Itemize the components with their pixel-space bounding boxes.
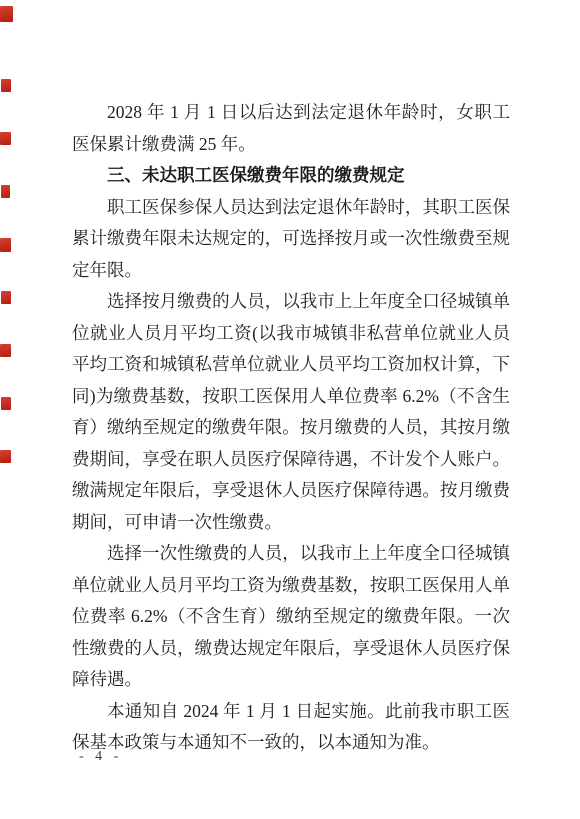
red-stamp-fragment bbox=[1, 185, 10, 198]
red-stamp-fragment bbox=[0, 238, 11, 252]
paragraph-monthly-payment: 选择按月缴费的人员，以我市上上年度全口径城镇单位就业人员月平均工资(以我市城镇非… bbox=[72, 286, 510, 538]
red-stamp-fragment bbox=[1, 397, 11, 410]
paragraph-lump-sum-payment: 选择一次性缴费的人员，以我市上上年度全口径城镇单位就业人员月平均工资为缴费基数，… bbox=[72, 538, 510, 696]
red-stamp-fragment bbox=[1, 79, 11, 92]
red-stamp-fragment bbox=[1, 291, 11, 304]
red-stamp-fragment bbox=[0, 450, 11, 463]
document-page: 2028 年 1 月 1 日以后达到法定退休年龄时，女职工医保累计缴费满 25 … bbox=[0, 0, 580, 819]
section-heading: 三、未达职工医保缴费年限的缴费规定 bbox=[72, 160, 510, 192]
page-number: - 4 - bbox=[79, 749, 122, 765]
paragraph-female-retirement-rule: 2028 年 1 月 1 日以后达到法定退休年龄时，女职工医保累计缴费满 25 … bbox=[72, 97, 510, 160]
red-stamp-fragment bbox=[0, 132, 11, 145]
paragraph-effective-date: 本通知自 2024 年 1 月 1 日起实施。此前我市职工医保基本政策与本通知不… bbox=[72, 696, 510, 759]
red-stamp-fragment bbox=[0, 6, 13, 22]
red-stamp-fragment bbox=[0, 344, 11, 357]
document-body: 2028 年 1 月 1 日以后达到法定退休年龄时，女职工医保累计缴费满 25 … bbox=[72, 97, 510, 759]
paragraph-contribution-rule: 职工医保参保人员达到法定退休年龄时，其职工医保累计缴费年限未达规定的，可选择按月… bbox=[72, 192, 510, 287]
